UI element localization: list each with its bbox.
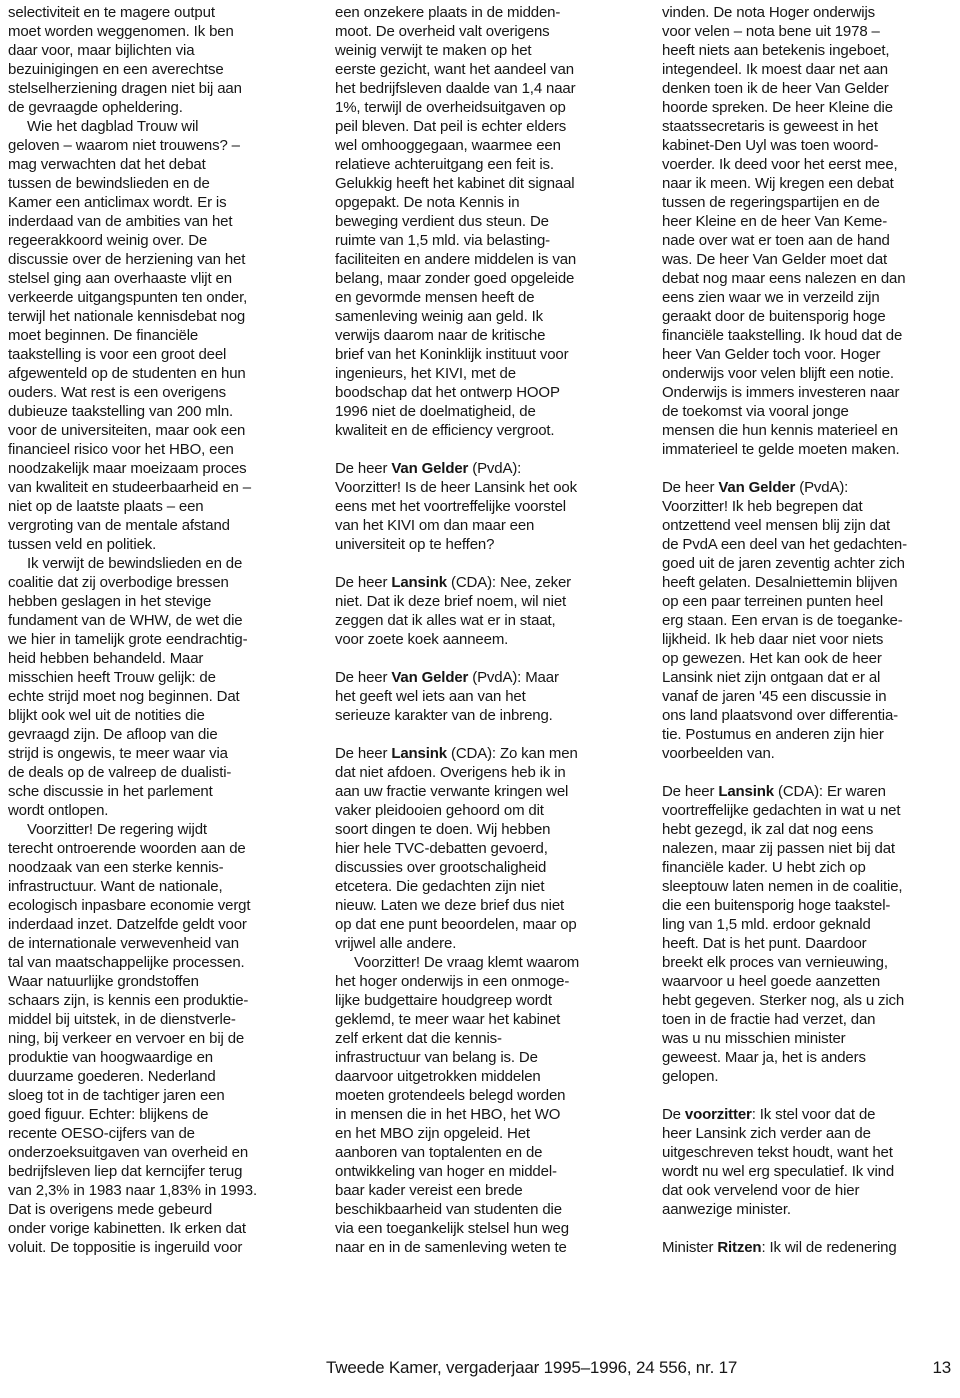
document-page: selectiviteit en te magere outputmoet wo… bbox=[0, 0, 960, 1398]
text-column-3: vinden. De nota Hoger onderwijsvoor vele… bbox=[662, 3, 959, 1257]
paragraph: De heer Van Gelder (PvdA):Voorzitter! Is… bbox=[335, 459, 632, 554]
paragraph: Ik verwijt de bewindslieden en decoaliti… bbox=[8, 554, 305, 820]
speaker-name: Lansink bbox=[391, 574, 447, 591]
paragraph: vinden. De nota Hoger onderwijsvoor vele… bbox=[662, 3, 959, 459]
text-columns: selectiviteit en te magere outputmoet wo… bbox=[8, 3, 959, 1257]
paragraph: De heer Van Gelder (PvdA):Voorzitter! Ik… bbox=[662, 478, 959, 763]
speaker-name: Lansink bbox=[391, 745, 447, 762]
speaker-name: Van Gelder bbox=[391, 460, 468, 477]
paragraph: Minister Ritzen: Ik wil de redenering bbox=[662, 1238, 959, 1257]
footer-publication: Tweede Kamer, vergaderjaar 1995–1996, 24… bbox=[326, 1357, 737, 1379]
speaker-name: Van Gelder bbox=[391, 669, 468, 686]
paragraph: een onzekere plaats in de midden-moot. D… bbox=[335, 3, 632, 440]
speaker-name: Lansink bbox=[718, 783, 774, 800]
text-column-2: een onzekere plaats in de midden-moot. D… bbox=[335, 3, 632, 1257]
paragraph: De heer Van Gelder (PvdA): Maarhet geeft… bbox=[335, 668, 632, 725]
footer-page-number: 13 bbox=[932, 1357, 951, 1379]
paragraph: De heer Lansink (CDA): Er warenvoortreff… bbox=[662, 782, 959, 1086]
paragraph: De heer Lansink (CDA): Nee, zekerniet. D… bbox=[335, 573, 632, 649]
page-footer: Tweede Kamer, vergaderjaar 1995–1996, 24… bbox=[0, 1357, 960, 1379]
paragraph: De voorzitter: Ik stel voor dat deheer L… bbox=[662, 1105, 959, 1219]
speaker-name: Van Gelder bbox=[718, 479, 795, 496]
paragraph: selectiviteit en te magere outputmoet wo… bbox=[8, 3, 305, 117]
speaker-name: voorzitter bbox=[685, 1106, 752, 1123]
speaker-name: Ritzen bbox=[717, 1239, 761, 1256]
paragraph: Voorzitter! De vraag klemt waaromhet hog… bbox=[335, 953, 632, 1257]
paragraph: De heer Lansink (CDA): Zo kan mendat nie… bbox=[335, 744, 632, 953]
paragraph: Wie het dagblad Trouw wilgeloven – waaro… bbox=[8, 117, 305, 554]
text-column-1: selectiviteit en te magere outputmoet wo… bbox=[8, 3, 305, 1257]
paragraph: Voorzitter! De regering wijdtterecht ont… bbox=[8, 820, 305, 1257]
